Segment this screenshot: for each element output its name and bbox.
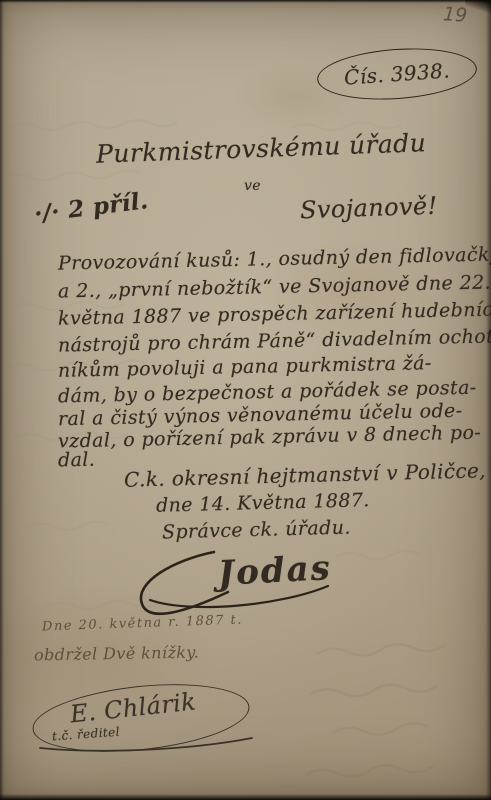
reference-oval: Čís. 3938. xyxy=(315,43,478,104)
enclosure-note: ·/· 2 příl. xyxy=(33,187,150,228)
photo-edge-right xyxy=(486,0,491,800)
role-line: Správce ck. úřadu. xyxy=(162,517,351,544)
official-signature: Jodas xyxy=(217,548,333,594)
receipt-note-line-2: obdržel Dvě knížky. xyxy=(34,643,199,665)
scanned-letter-page: 19 Čís. 3938. Purkmistrovskému úřadu ve … xyxy=(0,0,491,800)
body-line: dal. xyxy=(58,449,96,472)
reference-number: Čís. 3938. xyxy=(343,58,450,89)
body-line: Provozování kusů: 1., osudný den fidlova… xyxy=(58,243,491,274)
date-line: dne 14. Května 1887. xyxy=(156,489,370,517)
address-line-2: ve xyxy=(244,178,261,194)
photo-edge-left xyxy=(0,0,4,800)
address-line-3: Svojanově! xyxy=(300,192,438,225)
body-line: a 2., „první nebožtík“ ve Svojanově dne … xyxy=(58,271,491,302)
receipt-note-line-1: Dne 20. května r. 1887 t. xyxy=(42,612,243,634)
photo-corner-shadow xyxy=(465,0,491,18)
body-line: níkům povoluji a pana purkmistra žá- xyxy=(58,352,432,382)
body-line: května 1887 ve prospěch zařízení hudební… xyxy=(58,298,491,329)
authority-line: C.k. okresní hejtmanství v Poličce, xyxy=(124,458,487,491)
address-line-1: Purkmistrovskému úřadu xyxy=(96,128,427,169)
